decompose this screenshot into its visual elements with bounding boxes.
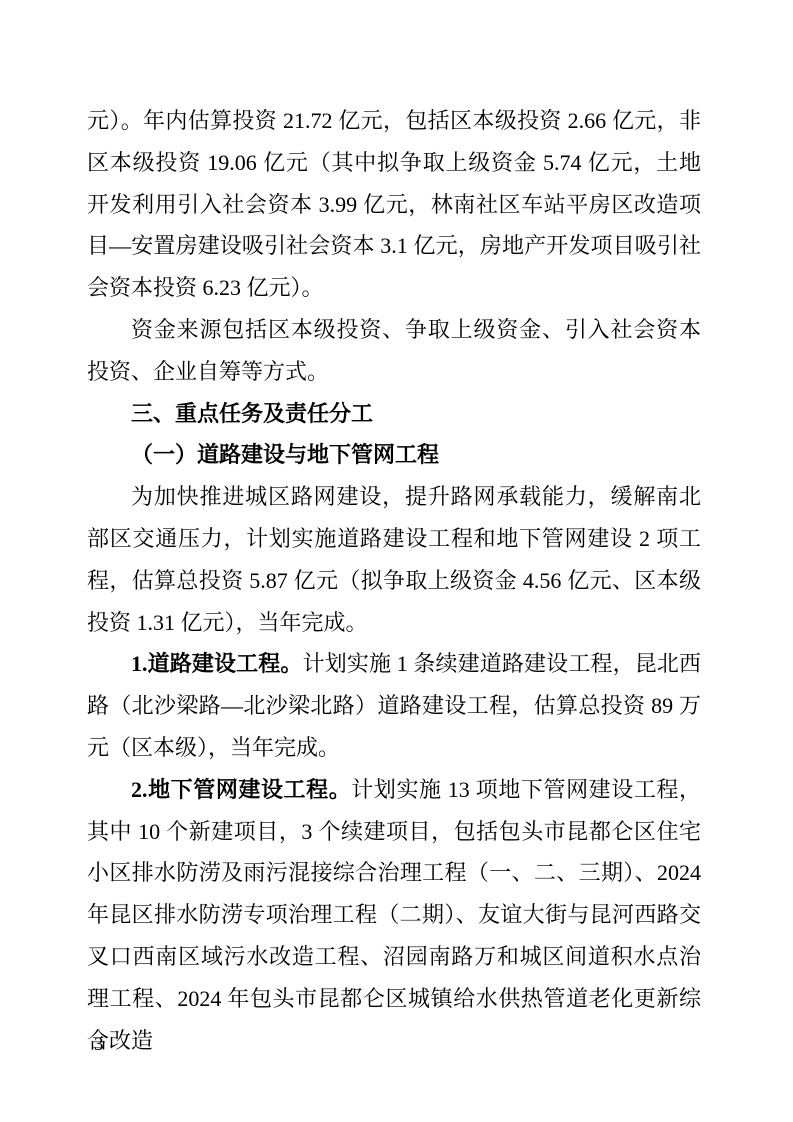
page-number: 3 <box>94 1033 104 1057</box>
document-page: 元）。年内估算投资 21.72 亿元，包括区本级投资 2.66 亿元，非区本级投… <box>0 0 793 1122</box>
heading-road-and-pipe-network: （一）道路建设与地下管网工程 <box>87 434 701 476</box>
heading-key-tasks: 三、重点任务及责任分工 <box>87 393 701 435</box>
document-body: 元）。年内估算投资 21.72 亿元，包括区本级投资 2.66 亿元，非区本级投… <box>87 100 701 1061</box>
paragraph-lead-pipe-network: 2.地下管网建设工程。 <box>131 777 351 802</box>
paragraph-road-network-overview: 为加快推进城区路网建设，提升路网承载能力，缓解南北部区交通压力，计划实施道路建设… <box>87 476 701 643</box>
paragraph-investment-summary: 元）。年内估算投资 21.72 亿元，包括区本级投资 2.66 亿元，非区本级投… <box>87 100 701 309</box>
paragraph-road-construction-project: 1.道路建设工程。计划实施 1 条续建道路建设工程，昆北西路（北沙梁路—北沙梁北… <box>87 643 701 768</box>
paragraph-lead-road-construction: 1.道路建设工程。 <box>131 651 303 676</box>
paragraph-funding-sources: 资金来源包括区本级投资、争取上级资金、引入社会资本投资、企业自筹等方式。 <box>87 309 701 393</box>
paragraph-pipe-network-project: 2.地下管网建设工程。计划实施 13 项地下管网建设工程，其中 10 个新建项目… <box>87 769 701 1062</box>
paragraph-text-pipe-network: 计划实施 13 项地下管网建设工程，其中 10 个新建项目，3 个续建项目，包括… <box>87 777 701 1053</box>
